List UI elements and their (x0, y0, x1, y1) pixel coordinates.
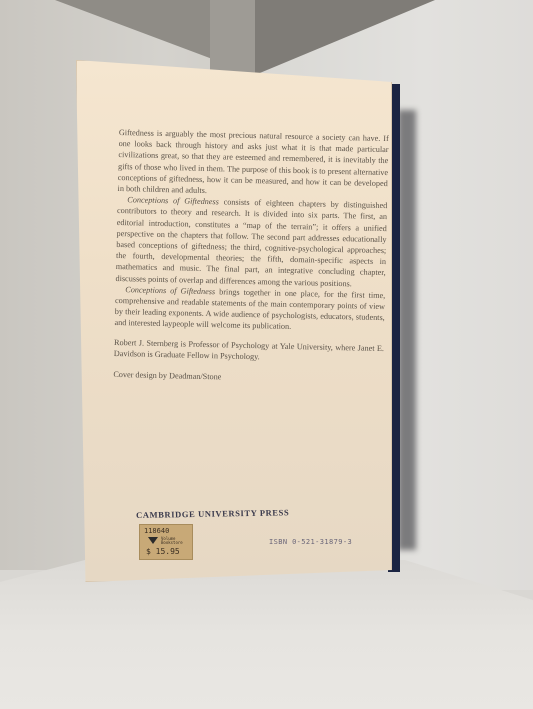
publisher-name: CAMBRIDGE UNIVERSITY PRESS (136, 507, 289, 520)
isbn: ISBN 0-521-31879-3 (269, 538, 352, 546)
book-title-italic: Conceptions of Giftedness (125, 285, 215, 296)
sticker-store-name: Volume Bookstore (161, 537, 192, 545)
photo-scene: Giftedness is arguably the most precious… (0, 0, 533, 709)
shelf-floor (0, 560, 533, 709)
book-title-italic: Conceptions of Giftedness (127, 195, 219, 206)
price-sticker: 118640 Volume Bookstore $ 15.95 (139, 524, 193, 560)
sticker-price: $ 15.95 (146, 547, 180, 556)
book-shadow (398, 110, 416, 550)
blurb-paragraph-2: Conceptions of Giftedness consists of ei… (115, 194, 387, 290)
blurb-paragraph-2-text: consists of eighteen chapters by disting… (115, 198, 387, 288)
store-logo-icon (148, 537, 158, 544)
cover-blurb: Giftedness is arguably the most precious… (113, 127, 389, 386)
cover-design-credit: Cover design by Deadman/Stone (113, 369, 383, 386)
book-back-cover: Giftedness is arguably the most precious… (76, 60, 392, 582)
blurb-paragraph-1: Giftedness is arguably the most precious… (117, 127, 388, 200)
sticker-id: 118640 (144, 527, 169, 535)
author-bio: Robert J. Sternberg is Professor of Psyc… (114, 337, 384, 366)
blurb-paragraph-3: Conceptions of Giftedness brings togethe… (114, 284, 385, 335)
shelf-corner (210, 0, 260, 75)
